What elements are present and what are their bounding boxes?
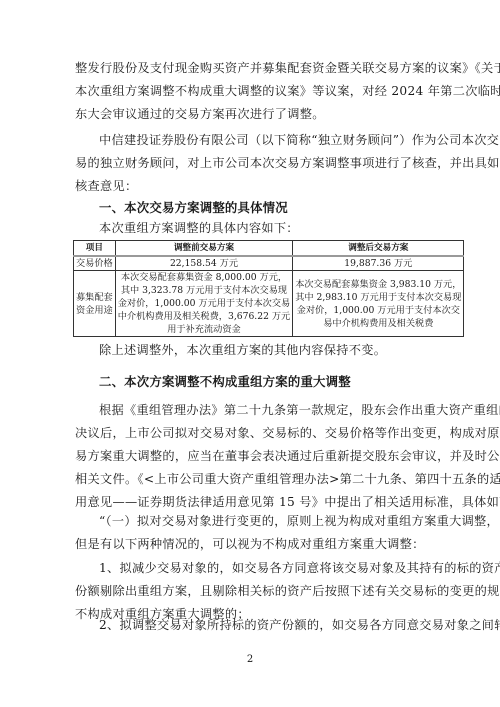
table-intro: 本次重组方案调整的具体内容如下： (75, 217, 427, 240)
paragraph-financial-advisor: 中信建投证券股份有限公司（以下简称“独立财务顾问”）作为公司本次交 易的独立财务… (75, 129, 427, 198)
cell-after: 19,887.36 万元 (293, 256, 464, 271)
text-line: 除上述调整外，本次重组方案的其他内容保持不变。 (75, 339, 427, 362)
text-line: 中信建投证券股份有限公司（以下简称“独立财务顾问”）作为公司本次交 (75, 129, 427, 152)
text-line: 整发行股份及支付现金购买资产并募集配套资金暨关联交易方案的议案》《关于 (75, 57, 427, 80)
paragraph-other-unchanged: 除上述调整外，本次重组方案的其他内容保持不变。 (75, 339, 427, 362)
cell-before: 22,158.54 万元 (115, 256, 292, 271)
adjustment-comparison-table: 项目 调整前交易方案 调整后交易方案 交易价格 22,158.54 万元 19,… (73, 240, 464, 337)
table-row-price: 交易价格 22,158.54 万元 19,887.36 万元 (74, 256, 464, 271)
cell-line: 中介机构费用及相关税费，3,676.22 万元 (118, 310, 290, 323)
cell-line: 其中 3,323.78 万元用于支付本次交易现 (118, 284, 290, 297)
table-header-row: 项目 调整前交易方案 调整后交易方案 (74, 241, 464, 257)
cell-before: 本次交易配套募集资金 8,000.00 万元， 其中 3,323.78 万元用于… (115, 271, 292, 337)
cell-line: 用于补充流动资金 (118, 323, 290, 336)
section-heading-2: 二、本次方案调整不构成重组方案的重大调整 (99, 372, 351, 390)
text-line: 本次重组方案调整不构成重大调整的议案》等议案，对经 2024 年第二次临时股 (75, 80, 427, 103)
text-line: “（一）拟对交易对象进行变更的，原则上视为构成对重组方案重大调整， (75, 510, 427, 533)
section-heading-1: 一、本次交易方案调整的具体情况 (99, 198, 288, 216)
text-line: 易的独立财务顾问，对上市公司本次交易方案调整事项进行了核查，并出具如下 (75, 152, 427, 175)
text-line: 决议后，上市公司拟对交易对象、交易标的、交易价格等作出变更，构成对原交 (75, 422, 427, 445)
paragraph-regulation: 根据《重组管理办法》第二十九条第一款规定，股东会作出重大资产重组的 决议后，上市… (75, 399, 427, 514)
cell-item: 交易价格 (74, 256, 116, 271)
cell-line: 本次交易配套募集资金 8,000.00 万元， (118, 271, 290, 284)
header-before: 调整前交易方案 (115, 241, 292, 257)
cell-line: 其中 2,983.10 万元用于支付本次交易现 (295, 291, 461, 304)
table-row-fund-use: 募集配套 资金用途 本次交易配套募集资金 8,000.00 万元， 其中 3,3… (74, 271, 464, 337)
cell-line: 募集配套 (76, 291, 113, 304)
paragraph-item-2: 2、拟调整交易对象所持标的资产份额的，如交易各方同意交易对象之间转 (75, 614, 427, 637)
paragraph-quote-one: “（一）拟对交易对象进行变更的，原则上视为构成对重组方案重大调整， 但是有以下两… (75, 510, 427, 556)
header-after: 调整后交易方案 (293, 241, 464, 257)
cell-line: 金对价，1,000.00 万元用于支付本次交 (295, 304, 461, 317)
cell-after: 本次交易配套募集资金 3,983.10 万元， 其中 2,983.10 万元用于… (293, 271, 464, 337)
cell-line: 本次交易配套募集资金 3,983.10 万元， (295, 278, 461, 291)
text-line: 本次重组方案调整的具体内容如下： (75, 217, 427, 240)
text-line: 但是有以下两种情况的，可以视为不构成对重组方案重大调整： (75, 533, 427, 556)
text-line: 1、拟减少交易对象的，如交易各方同意将该交易对象及其持有的标的资产 (75, 557, 427, 580)
text-line: 相关文件。《<上市公司重大资产重组管理办法>第二十九条、第四十五条的适 (75, 468, 427, 491)
text-line: 东大会审议通过的交易方案再次进行了调整。 (75, 103, 427, 126)
text-line: 根据《重组管理办法》第二十九条第一款规定，股东会作出重大资产重组的 (75, 399, 427, 422)
document-page: 整发行股份及支付现金购买资产并募集配套资金暨关联交易方案的议案》《关于 本次重组… (0, 0, 500, 707)
text-line: 2、拟调整交易对象所持标的资产份额的，如交易各方同意交易对象之间转 (75, 614, 427, 637)
page-number: 2 (0, 654, 500, 665)
cell-line: 资金用途 (76, 304, 113, 317)
cell-line: 易中介机构费用及相关税费 (295, 317, 461, 330)
header-item: 项目 (74, 241, 116, 257)
cell-line: 金对价，1,000.00 万元用于支付本次交易 (118, 297, 290, 310)
text-line: 份额剔除出重组方案，且剔除相关标的资产后按照下述有关交易标的变更的规定 (75, 580, 427, 603)
paragraph-resolution-adjustment: 整发行股份及支付现金购买资产并募集配套资金暨关联交易方案的议案》《关于 本次重组… (75, 57, 427, 126)
text-line: 易方案重大调整的，应当在董事会表决通过后重新提交股东会审议，并及时公告 (75, 445, 427, 468)
text-line: 核查意见： (75, 175, 427, 198)
cell-item: 募集配套 资金用途 (74, 271, 116, 337)
